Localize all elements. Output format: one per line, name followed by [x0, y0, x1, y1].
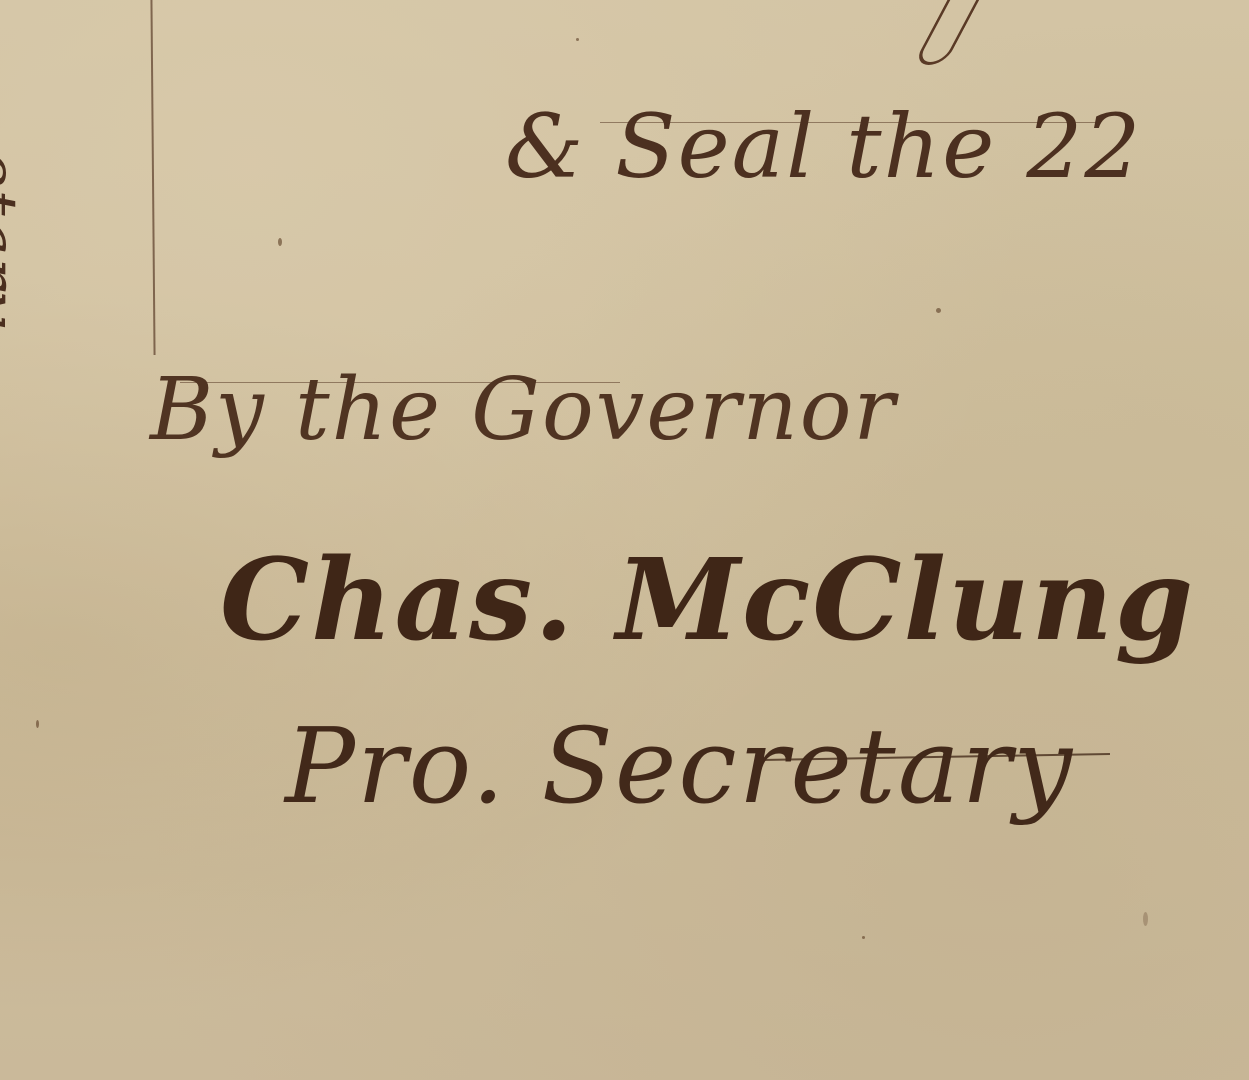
- by-the-governor-line: By the Governor: [150, 360, 897, 460]
- paper-speck: [936, 308, 941, 313]
- seal-date-line: & Seal the 22: [505, 95, 1142, 198]
- signature-chas-mcclung: Chas. McClung: [220, 535, 1195, 666]
- margin-note-text: etary: [0, 150, 30, 329]
- paper-speck: [1143, 912, 1148, 926]
- paper-speck: [862, 936, 865, 939]
- paper-speck: [576, 38, 579, 41]
- paper-speck: [278, 238, 282, 246]
- pro-secretary-title: Pro. Secretary: [285, 705, 1074, 827]
- paper-speck: [36, 720, 39, 728]
